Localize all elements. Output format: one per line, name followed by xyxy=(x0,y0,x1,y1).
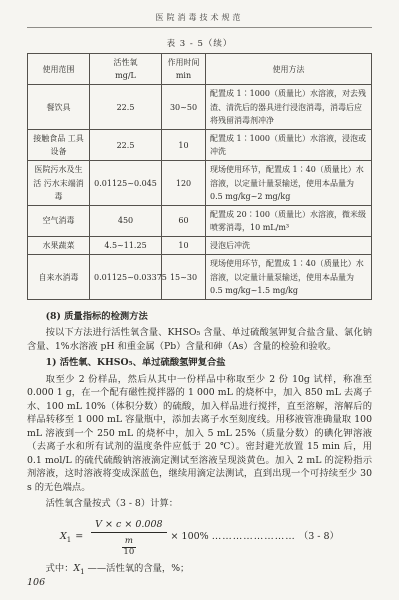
cell-scope: 自来水消毒 xyxy=(28,255,90,300)
table-row: 水果蔬菜 4.5~11.25 10 浸泡后冲洗 xyxy=(28,237,372,255)
cell-scope: 水果蔬菜 xyxy=(28,237,90,255)
formula-denominator: m 10 xyxy=(122,533,136,557)
disinfection-usage-table: 使用范围 活性氧 mg/L 作用时间 min 使用方法 餐饮具 22.5 30~… xyxy=(27,53,372,300)
cell-usage: 配置成 20∶100（质量比）水溶液，微米级喷雾消毒，10 mL/m³ xyxy=(206,205,372,236)
table-row: 餐饮具 22.5 30~50 配置成 1∶1000（质量比）水溶液，对去残渣、清… xyxy=(28,85,372,130)
paragraph-calc-intro: 活性氧含量按式（3 - 8）计算： xyxy=(27,497,372,510)
cell-usage: 现场使用环节，配置成 1∶40（质量比）水溶液，以定量计量泵输送，使用本品量为 … xyxy=(206,161,372,206)
table-row: 医院污水及生活 污水末端消毒 0.01125~0.045 120 现场使用环节，… xyxy=(28,161,372,206)
cell-time: 10 xyxy=(162,237,206,255)
header-divider xyxy=(27,27,372,28)
cell-oxygen: 4.5~11.25 xyxy=(90,237,162,255)
formula-fraction: V × c × 0.008 m 10 xyxy=(91,518,166,557)
cell-usage: 浸泡后冲洗 xyxy=(206,237,372,255)
cell-usage: 配置成 1∶1000（质量比）水溶液，浸泡或冲洗 xyxy=(206,129,372,160)
cell-time: 120 xyxy=(162,161,206,206)
cell-oxygen: 0.01125~0.045 xyxy=(90,161,162,206)
body-text: (8) 质量指标的检测方法 按以下方法进行活性氧含量、KHSO₅ 含量、单过硫酸… xyxy=(27,310,372,577)
col-header-oxygen: 活性氧 mg/L xyxy=(90,54,162,85)
formula-multiplier: × 100% xyxy=(171,530,209,544)
cell-time: 15~30 xyxy=(162,255,206,300)
formula-lhs-variable: X1 xyxy=(60,530,71,545)
cell-time: 10 xyxy=(162,129,206,160)
paragraph-procedure: 取至少 2 份样品，然后从其中一份样品中称取至少 2 份 10g 试样，称准至 … xyxy=(27,373,372,494)
formula-numerator: V × c × 0.008 xyxy=(91,518,166,534)
col-header-usage: 使用方法 xyxy=(206,54,372,85)
document-page: 医院消毒技术规范 表 3 - 5（续） 使用范围 活性氧 mg/L 作用时间 m… xyxy=(0,0,399,600)
equals-sign: = xyxy=(75,530,83,544)
cell-oxygen: 450 xyxy=(90,205,162,236)
table-row: 自来水消毒 0.01125~0.03375 15~30 现场使用环节，配置成 1… xyxy=(28,255,372,300)
section-heading-quality-methods: (8) 质量指标的检测方法 xyxy=(27,310,372,323)
cell-scope: 餐饮具 xyxy=(28,85,90,130)
cell-oxygen: 22.5 xyxy=(90,129,162,160)
cell-oxygen: 0.01125~0.03375 xyxy=(90,255,162,300)
cell-scope: 空气消毒 xyxy=(28,205,90,236)
section-heading-active-oxygen: 1) 活性氧、KHSO₅、单过硫酸氢钾复合盐 xyxy=(27,356,372,369)
formula-3-8: X1 = V × c × 0.008 m 10 × 100% …………………… … xyxy=(27,518,372,557)
table-row: 空气消毒 450 60 配置成 20∶100（质量比）水溶液，微米级喷雾消毒，1… xyxy=(28,205,372,236)
denominator-fraction: m 10 xyxy=(122,537,136,557)
paragraph-intro: 按以下方法进行活性氧含量、KHSO₅ 含量、单过硫酸氢钾复合盐含量、氯化钠含量、… xyxy=(27,326,372,353)
formula-dot-leader: …………………… xyxy=(212,530,296,544)
col-header-scope: 使用范围 xyxy=(28,54,90,85)
cell-time: 30~50 xyxy=(162,85,206,130)
cell-oxygen: 22.5 xyxy=(90,85,162,130)
formula-equation-number: （3 - 8） xyxy=(299,530,339,544)
where-clause: 式中：X1 ——活性氧的含量，%； xyxy=(27,562,372,577)
table-header-row: 使用范围 活性氧 mg/L 作用时间 min 使用方法 xyxy=(28,54,372,85)
cell-usage: 配置成 1∶1000（质量比）水溶液，对去残渣、清洗后的器具进行浸泡消毒，消毒后… xyxy=(206,85,372,130)
running-header: 医院消毒技术规范 xyxy=(27,12,372,23)
cell-usage: 现场使用环节，配置成 1∶40（质量比）水溶液，以定量计量泵输送，使用本品量为 … xyxy=(206,255,372,300)
table-caption: 表 3 - 5（续） xyxy=(27,37,372,49)
cell-scope: 接触食品 工具设备 xyxy=(28,129,90,160)
table-row: 接触食品 工具设备 22.5 10 配置成 1∶1000（质量比）水溶液，浸泡或… xyxy=(28,129,372,160)
cell-scope: 医院污水及生活 污水末端消毒 xyxy=(28,161,90,206)
page-number: 106 xyxy=(27,577,45,588)
cell-time: 60 xyxy=(162,205,206,236)
col-header-time: 作用时间 min xyxy=(162,54,206,85)
